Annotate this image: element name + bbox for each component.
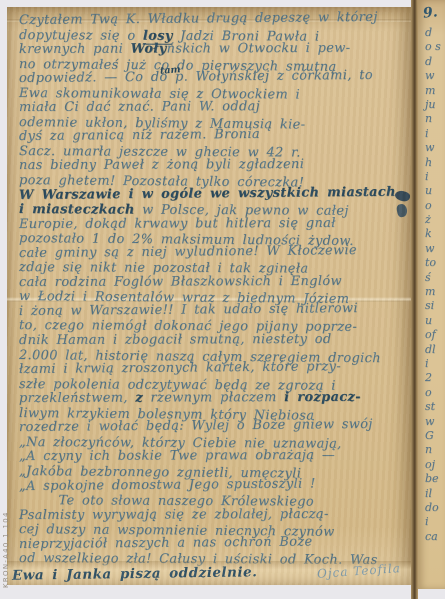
next-page-fragment: w (418, 141, 445, 155)
next-page-fragment: o s (418, 40, 445, 54)
next-page-fragment: m (418, 285, 445, 299)
next-page-fragment: i (418, 127, 445, 141)
next-page-fragment: k (418, 227, 445, 241)
next-page-fragment: dl (418, 343, 445, 357)
handwritten-line: Psalmisty wyrywają się ze zbolałej, płac… (19, 507, 403, 523)
next-page-fragment: n (418, 443, 445, 457)
handwritten-line: „A czyny ich boskie Twe prawa obrażają — (19, 449, 403, 465)
next-page-fragment: w (418, 415, 445, 429)
next-page-fragment: i (418, 515, 445, 529)
next-page-fragment: u (418, 184, 445, 198)
next-page-fragment: G (418, 429, 445, 443)
next-page-fragment: be (418, 472, 445, 486)
handwritten-line: krewnych pani Wołyńskich w Otwocku i pew… (19, 42, 403, 58)
next-page-fragment: w (418, 69, 445, 83)
handwritten-line: nas biedny Paweł z żoną byli zgładzeni (19, 158, 403, 174)
next-page-fragment: il (418, 487, 445, 501)
letter-lines: Czytałem Twą K. Władku drugą depeszę w k… (19, 14, 407, 567)
page-number: 9. (422, 4, 438, 21)
page-gap-shadow (411, 0, 418, 599)
next-page-fragment: d (418, 55, 445, 69)
handwritten-line: całe gminy są z niej wyludnione! W Kłocz… (19, 243, 403, 261)
next-page-fragment: m (418, 84, 445, 98)
handwritten-line: W Warszawie i w ogóle we wszystkich mias… (19, 185, 403, 203)
next-page-fragment: 2 (418, 371, 445, 385)
next-page-fragment: si (418, 299, 445, 313)
closing-line: Ewa i Janka piszą oddzielnie. (12, 564, 258, 583)
next-page-fragment: n (418, 112, 445, 126)
handwritten-line: Czytałem Twą K. Władku drugą depeszę w k… (19, 11, 403, 29)
handwritten-line: i żoną w Warszawie!! I tak udało się hit… (19, 302, 403, 320)
next-page-fragment: ju (418, 98, 445, 112)
next-page-fragment: i (418, 170, 445, 184)
next-page-fragment: o (418, 199, 445, 213)
handwritten-line: Europie, dokąd krwawy but hitlera się gn… (19, 216, 403, 232)
next-page-fragment: w (418, 242, 445, 256)
archival-reference-mark: KRON-A40.1.104 (2, 511, 10, 588)
handwritten-line: nieprzyjaciół naszych a nas ochroń Boże (19, 534, 403, 552)
next-page-line-fragments: do sdwmjuniwhiuożkwtośmsiuofdli2ostwGnoj… (418, 26, 445, 544)
next-page-fragment: of (418, 328, 445, 342)
next-page-fragment: do (418, 501, 445, 515)
handwritten-line: odpowiedź. — Co do p. Wołyńskiej z córka… (19, 69, 403, 87)
handwritten-line: „A spokojne domostwa Jego spustoszyli ! (19, 476, 403, 494)
handwritten-line: dnik Haman i zbogacił smutną, niestety o… (19, 333, 403, 349)
next-page-fragment: st (418, 400, 445, 414)
handwritten-line: dyś za granicą niż razem. Bronia (19, 127, 403, 145)
next-page-fragment: u (418, 314, 445, 328)
handwritten-line: rozedrze i wołać będą: Wylej o Boże gnie… (19, 418, 403, 436)
inserted-word: tam (160, 64, 181, 77)
handwritten-line: cała rodzina Foglów Błaszkowskich i Engl… (19, 275, 403, 291)
handwritten-line: przekleństwem, z rzewnym płaczem i rozpa… (19, 391, 403, 407)
next-page-fragment: to (418, 256, 445, 270)
next-page-fragment: ż (418, 213, 445, 227)
next-page-fragment: h (418, 156, 445, 170)
next-page-fragment: d (418, 26, 445, 40)
letter-page: Czytałem Twą K. Władku drugą depeszę w k… (7, 7, 411, 585)
handwritten-line: miała Ci dać znać. Pani W. oddaj (19, 100, 403, 116)
next-page-edge: 9. do sdwmjuniwhiuożkwtośmsiuofdli2ostwG… (418, 0, 445, 589)
next-page-fragment: i (418, 357, 445, 371)
next-page-fragment: o (418, 386, 445, 400)
next-page-fragment: ca (418, 530, 445, 544)
next-page-fragment: oj (418, 458, 445, 472)
handwritten-line: łzami i krwią zroszonych kartek, które p… (19, 360, 403, 378)
next-page-fragment: ś (418, 271, 445, 285)
